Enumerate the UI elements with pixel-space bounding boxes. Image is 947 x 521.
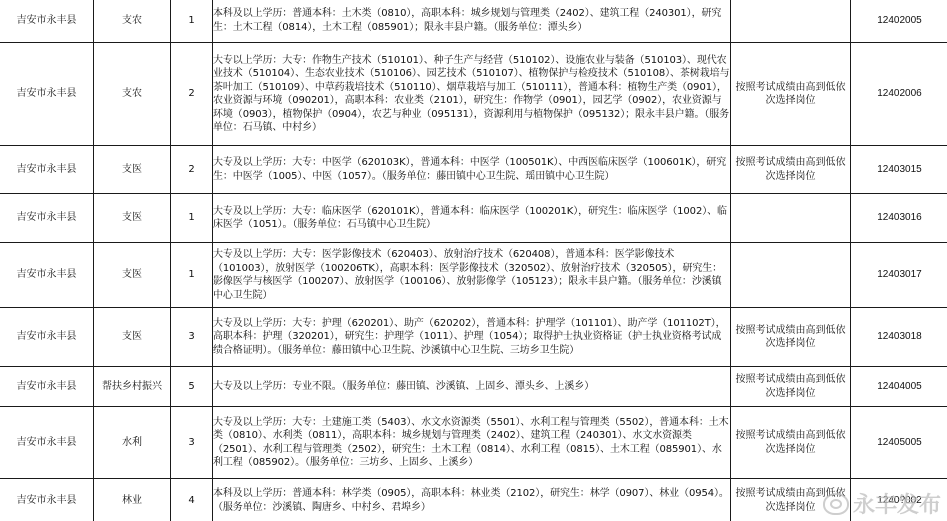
count-cell: 2 xyxy=(171,43,213,146)
count-cell: 3 xyxy=(171,407,213,479)
note-cell: 按照考试成绩由高到低依次选择岗位 xyxy=(731,367,851,407)
table-row: 吉安市永丰县 支农 1 本科及以上学历：普通本科：土木类（0810），高职本科：… xyxy=(0,0,947,43)
count-cell: 4 xyxy=(171,479,213,521)
count-cell: 2 xyxy=(171,146,213,194)
table-row: 吉安市永丰县 林业 4 本科及以上学历：普通本科：林学类（0905），高职本科：… xyxy=(0,479,947,521)
note-cell: 按照考试成绩由高到低依次选择岗位 xyxy=(731,146,851,194)
note-cell: 按照考试成绩由高到低依次选择岗位 xyxy=(731,43,851,146)
table-row: 吉安市永丰县 支医 1 大专及以上学历：大专：医学影像技术（620403）、放射… xyxy=(0,243,947,308)
table-row: 吉安市永丰县 支医 2 大专及以上学历：大专：中医学（620103K），普通本科… xyxy=(0,146,947,194)
note-cell: 按照考试成绩由高到低依次选择岗位 xyxy=(731,308,851,367)
table-row: 吉安市永丰县 帮扶乡村振兴 5 大专及以上学历：专业不限。（服务单位：藤田镇、沙… xyxy=(0,367,947,407)
position-code-cell: 12404005 xyxy=(851,367,947,407)
requirements-cell: 大专及以上学历：大专：中医学（620103K），普通本科：中医学（100501K… xyxy=(213,146,731,194)
position-code-cell: 12403016 xyxy=(851,194,947,243)
requirements-cell: 本科及以上学历：普通本科：林学类（0905），高职本科：林业类（2102），研究… xyxy=(213,479,731,521)
region-cell: 吉安市永丰县 xyxy=(0,146,94,194)
requirements-cell: 大专及以上学历：大专：医学影像技术（620403）、放射治疗技术（620408）… xyxy=(213,243,731,308)
category-cell: 水利 xyxy=(94,407,171,479)
count-cell: 5 xyxy=(171,367,213,407)
category-cell: 支医 xyxy=(94,194,171,243)
position-code-cell: 12402005 xyxy=(851,0,947,43)
position-code-cell: 12405005 xyxy=(851,407,947,479)
region-cell: 吉安市永丰县 xyxy=(0,407,94,479)
count-cell: 3 xyxy=(171,308,213,367)
category-cell: 林业 xyxy=(94,479,171,521)
region-cell: 吉安市永丰县 xyxy=(0,308,94,367)
region-cell: 吉安市永丰县 xyxy=(0,479,94,521)
note-cell xyxy=(731,243,851,308)
position-code-cell: 12403017 xyxy=(851,243,947,308)
region-cell: 吉安市永丰县 xyxy=(0,0,94,43)
requirements-cell: 大专及以上学历：大专：临床医学（620101K），普通本科：临床医学（10020… xyxy=(213,194,731,243)
category-cell: 支医 xyxy=(94,243,171,308)
region-cell: 吉安市永丰县 xyxy=(0,367,94,407)
note-cell xyxy=(731,194,851,243)
position-code-cell: 12403018 xyxy=(851,308,947,367)
table-row: 吉安市永丰县 支医 1 大专及以上学历：大专：临床医学（620101K），普通本… xyxy=(0,194,947,243)
count-cell: 1 xyxy=(171,194,213,243)
note-cell: 按照考试成绩由高到低依次选择岗位 xyxy=(731,407,851,479)
count-cell: 1 xyxy=(171,243,213,308)
requirements-cell: 大专及以上学历：专业不限。（服务单位：藤田镇、沙溪镇、上固乡、潭头乡、上溪乡） xyxy=(213,367,731,407)
position-code-cell: 1240?002 xyxy=(851,479,947,521)
requirements-cell: 大专及以上学历：大专：土建施工类（5403）、水文水资源类（5501）、水利工程… xyxy=(213,407,731,479)
job-positions-table: 吉安市永丰县 支农 1 本科及以上学历：普通本科：土木类（0810），高职本科：… xyxy=(0,0,947,521)
requirements-cell: 大专及以上学历：大专：护理（620201）、助产（620202），普通本科：护理… xyxy=(213,308,731,367)
category-cell: 支农 xyxy=(94,0,171,43)
region-cell: 吉安市永丰县 xyxy=(0,243,94,308)
requirements-cell: 大专以上学历：大专：作物生产技术（510101）、种子生产与经营（510102）… xyxy=(213,43,731,146)
count-cell: 1 xyxy=(171,0,213,43)
position-code-cell: 12402006 xyxy=(851,43,947,146)
note-cell: 按照考试成绩由高到低依次选择岗位 xyxy=(731,479,851,521)
category-cell: 支医 xyxy=(94,308,171,367)
table-row: 吉安市永丰县 支医 3 大专及以上学历：大专：护理（620201）、助产（620… xyxy=(0,308,947,367)
category-cell: 帮扶乡村振兴 xyxy=(94,367,171,407)
table-row: 吉安市永丰县 支农 2 大专以上学历：大专：作物生产技术（510101）、种子生… xyxy=(0,43,947,146)
category-cell: 支医 xyxy=(94,146,171,194)
position-code-cell: 12403015 xyxy=(851,146,947,194)
requirements-cell: 本科及以上学历：普通本科：土木类（0810），高职本科：城乡规划与管理类（240… xyxy=(213,0,731,43)
category-cell: 支农 xyxy=(94,43,171,146)
region-cell: 吉安市永丰县 xyxy=(0,43,94,146)
region-cell: 吉安市永丰县 xyxy=(0,194,94,243)
table-row: 吉安市永丰县 水利 3 大专及以上学历：大专：土建施工类（5403）、水文水资源… xyxy=(0,407,947,479)
note-cell xyxy=(731,0,851,43)
